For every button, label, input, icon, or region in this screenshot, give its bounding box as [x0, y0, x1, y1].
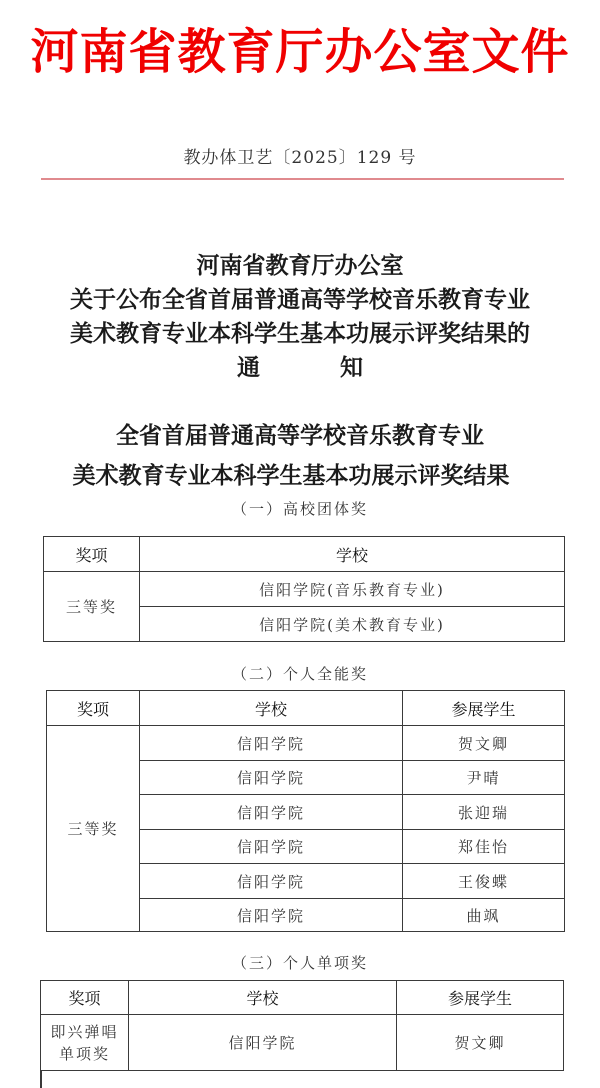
student-cell: 贺文卿: [403, 726, 565, 761]
student-cell: 贺文卿: [397, 1015, 564, 1071]
notice-char-1: 通: [237, 351, 260, 385]
next-table-border: [40, 1070, 42, 1088]
notice-title: 河南省教育厅办公室 关于公布全省首届普通高等学校音乐教育专业 美术教育专业本科学…: [0, 249, 600, 385]
student-cell: 张迎瑞: [403, 795, 565, 830]
header-school: 学校: [140, 691, 403, 726]
student-cell: 曲飒: [403, 899, 565, 932]
notice-title-line-1: 河南省教育厅办公室: [0, 249, 600, 283]
all-round-award-table: 奖项 学校 参展学生 三等奖 信阳学院 贺文卿 信阳学院 尹晴 信阳学院 张迎瑞…: [46, 690, 565, 932]
notice-char-2: 知: [340, 351, 363, 385]
school-cell: 信阳学院: [140, 899, 403, 932]
school-cell: 信阳学院(音乐教育专业): [140, 572, 565, 607]
award-line-2: 单项奖: [41, 1043, 128, 1065]
results-title-line-1: 全省首届普通高等学校音乐教育专业: [0, 416, 600, 456]
school-cell: 信阳学院: [140, 795, 403, 830]
notice-title-line-3: 美术教育专业本科学生基本功展示评奖结果的: [0, 317, 600, 351]
header-school: 学校: [129, 981, 397, 1015]
single-item-award-table: 奖项 学校 参展学生 即兴弹唱 单项奖 信阳学院 贺文卿: [40, 980, 564, 1071]
table-header-row: 奖项 学校 参展学生: [41, 981, 564, 1015]
header-award: 奖项: [44, 537, 140, 572]
red-divider-line: [41, 178, 564, 180]
header-student: 参展学生: [403, 691, 565, 726]
header-student: 参展学生: [397, 981, 564, 1015]
table-row: 三等奖 信阳学院 贺文卿: [47, 726, 565, 761]
notice-title-line-2: 关于公布全省首届普通高等学校音乐教育专业: [0, 283, 600, 317]
award-cell: 三等奖: [44, 572, 140, 642]
school-cell: 信阳学院(美术教育专业): [140, 607, 565, 642]
student-cell: 王俊蝶: [403, 864, 565, 899]
school-cell: 信阳学院: [140, 864, 403, 899]
section-2-label: （二）个人全能奖: [0, 664, 600, 684]
award-cell: 即兴弹唱 单项奖: [41, 1015, 129, 1071]
table-row: 即兴弹唱 单项奖 信阳学院 贺文卿: [41, 1015, 564, 1071]
header-award: 奖项: [41, 981, 129, 1015]
school-cell: 信阳学院: [140, 830, 403, 864]
results-title-line-2: 美术教育专业本科学生基本功展示评奖结果: [0, 456, 600, 496]
header-school: 学校: [140, 537, 565, 572]
school-cell: 信阳学院: [140, 726, 403, 761]
table-header-row: 奖项 学校 参展学生: [47, 691, 565, 726]
header-award: 奖项: [47, 691, 140, 726]
section-1-label: （一）高校团体奖: [0, 499, 600, 519]
document-number: 教办体卫艺〔2025〕129 号: [0, 146, 600, 170]
school-cell: 信阳学院: [129, 1015, 397, 1071]
student-cell: 尹晴: [403, 761, 565, 795]
student-cell: 郑佳怡: [403, 830, 565, 864]
notice-word: 通知: [0, 351, 600, 385]
school-cell: 信阳学院: [140, 761, 403, 795]
section-3-label: （三）个人单项奖: [0, 953, 600, 973]
masthead-title: 河南省教育厅办公室文件: [0, 22, 600, 82]
table-row: 三等奖 信阳学院(音乐教育专业): [44, 572, 565, 607]
results-title: 全省首届普通高等学校音乐教育专业 美术教育专业本科学生基本功展示评奖结果: [0, 416, 600, 496]
award-cell: 三等奖: [47, 726, 140, 932]
team-award-table: 奖项 学校 三等奖 信阳学院(音乐教育专业) 信阳学院(美术教育专业): [43, 536, 565, 642]
table-header-row: 奖项 学校: [44, 537, 565, 572]
award-line-1: 即兴弹唱: [41, 1021, 128, 1043]
